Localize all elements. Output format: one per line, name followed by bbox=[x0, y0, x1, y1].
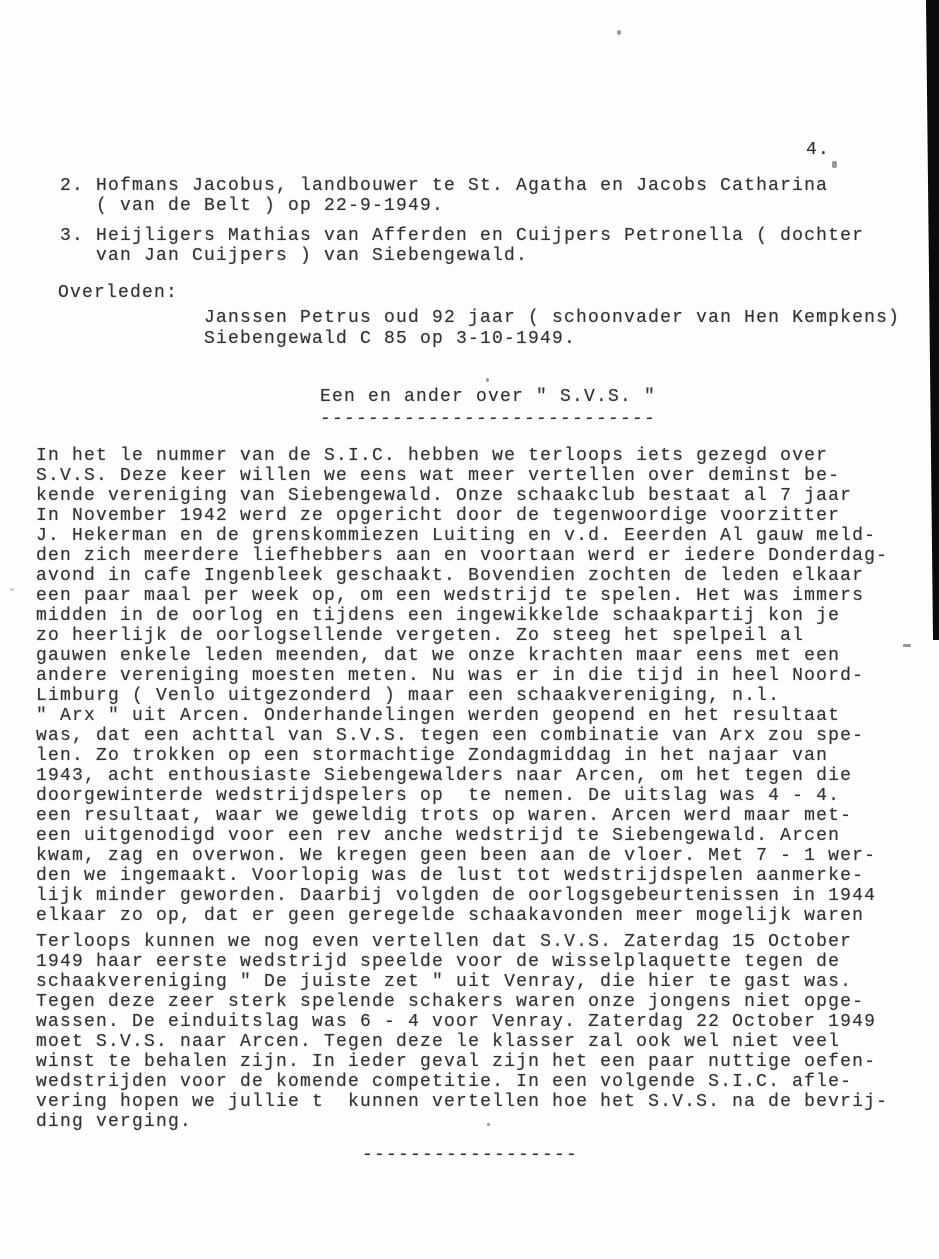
record-item: 3. Heijligers Mathias van Afferden en Cu… bbox=[60, 226, 900, 266]
text-line: Siebengewald C 85 op 3-10-1949. bbox=[204, 329, 900, 350]
text-line: kwam, zag en overwon. We kregen geen bee… bbox=[36, 846, 926, 866]
text-line: zo heerlijk de oorlogsellende vergeten. … bbox=[36, 626, 926, 646]
scanned-document-page: 4. 2. Hofmans Jacobus, landbouwer te St.… bbox=[0, 0, 939, 1259]
scan-speck bbox=[486, 378, 489, 382]
text-line: den zich meerdere liefhebbers aan en voo… bbox=[36, 546, 926, 566]
text-line: gauwen enkele leden meenden, dat we onze… bbox=[36, 646, 926, 666]
text-line: len. Zo trokken op een stormachtige Zond… bbox=[36, 746, 926, 766]
text-line: winst te behalen zijn. In ieder geval zi… bbox=[36, 1052, 926, 1072]
text-line: " Arx " uit Arcen. Onderhandelingen werd… bbox=[36, 706, 926, 726]
text-line: schaakvereniging " De juiste zet " uit V… bbox=[36, 972, 926, 992]
scan-edge-artifact bbox=[926, 0, 939, 640]
text-line: In het le nummer van de S.I.C. hebben we… bbox=[36, 446, 926, 466]
text-line: was, dat een achttal van S.V.S. tegen ee… bbox=[36, 726, 926, 746]
text-line: Heijligers Mathias van Afferden en Cuijp… bbox=[96, 226, 864, 246]
record-item: 2. Hofmans Jacobus, landbouwer te St. Ag… bbox=[60, 176, 900, 216]
text-line: lijk minder geworden. Daarbij volgden de… bbox=[36, 886, 926, 906]
text-line: een paar maal per week op, om een wedstr… bbox=[36, 586, 926, 606]
article-paragraph-2: Terloops kunnen we nog even vertellen da… bbox=[36, 932, 926, 1132]
text-line: 1943, acht enthousiaste Siebengewalders … bbox=[36, 766, 926, 786]
scan-speck bbox=[832, 161, 837, 168]
record-number: 3. bbox=[60, 226, 96, 266]
text-line: elkaar zo op, dat er geen geregelde scha… bbox=[36, 906, 926, 926]
text-line: ( van de Belt ) op 22-9-1949. bbox=[96, 196, 828, 216]
scan-speck bbox=[617, 30, 621, 35]
text-line: Hofmans Jacobus, landbouwer te St. Agath… bbox=[96, 176, 828, 196]
article-title-underline: ---------------------------- bbox=[320, 409, 656, 429]
article-title: Een en ander over " S.V.S. " bbox=[320, 387, 656, 407]
text-line: kende vereniging van Siebengewald. Onze … bbox=[36, 486, 926, 506]
text-line: ding verging. bbox=[36, 1112, 926, 1132]
closing-rule: ------------------ bbox=[362, 1145, 578, 1165]
text-line: een uitgenodigd voor een rev anche wedst… bbox=[36, 826, 926, 846]
text-line: Terloops kunnen we nog even vertellen da… bbox=[36, 932, 926, 952]
record-lines: Hofmans Jacobus, landbouwer te St. Agath… bbox=[96, 176, 828, 216]
text-line: 1949 haar eerste wedstrijd speelde voor … bbox=[36, 952, 926, 972]
text-line: J. Hekerman en de grenskommiezen Luiting… bbox=[36, 526, 926, 546]
text-line: moet S.V.S. naar Arcen. Tegen deze le kl… bbox=[36, 1032, 926, 1052]
text-line: Tegen deze zeer sterk spelende schakers … bbox=[36, 992, 926, 1012]
text-line: doorgewinterde wedstrijdspelers op te ne… bbox=[36, 786, 926, 806]
text-line: den we ingemaakt. Voorlopig was de lust … bbox=[36, 866, 926, 886]
article-body: In het le nummer van de S.I.C. hebben we… bbox=[36, 446, 926, 1132]
text-line: een resultaat, waar we geweldig trots op… bbox=[36, 806, 926, 826]
article-heading: Een en ander over " S.V.S. " -----------… bbox=[320, 387, 656, 429]
text-line: S.V.S. Deze keer willen we eens wat meer… bbox=[36, 466, 926, 486]
text-line: wassen. De einduitslag was 6 - 4 voor Ve… bbox=[36, 1012, 926, 1032]
deceased-lines: Janssen Petrus oud 92 jaar ( schoonvader… bbox=[204, 308, 900, 350]
record-number: 2. bbox=[60, 176, 96, 216]
marriage-records: 2. Hofmans Jacobus, landbouwer te St. Ag… bbox=[60, 176, 900, 276]
text-line: In November 1942 werd ze opgericht door … bbox=[36, 506, 926, 526]
text-line: Limburg ( Venlo uitgezonderd ) maar een … bbox=[36, 686, 926, 706]
text-line: Janssen Petrus oud 92 jaar ( schoonvader… bbox=[204, 308, 900, 329]
deceased-label: Overleden: bbox=[58, 283, 178, 303]
scan-speck bbox=[10, 588, 14, 591]
page-number: 4. bbox=[806, 140, 830, 160]
text-line: midden in de oorlog en tijdens een ingew… bbox=[36, 606, 926, 626]
article-paragraph-1: In het le nummer van de S.I.C. hebben we… bbox=[36, 446, 926, 926]
text-line: andere vereniging moesten meten. Nu was … bbox=[36, 666, 926, 686]
text-line: avond in cafe Ingenbleek geschaakt. Bove… bbox=[36, 566, 926, 586]
text-line: vering hopen we jullie t kunnen vertelle… bbox=[36, 1092, 926, 1112]
text-line: van Jan Cuijpers ) van Siebengewald. bbox=[96, 246, 864, 266]
record-lines: Heijligers Mathias van Afferden en Cuijp… bbox=[96, 226, 864, 266]
text-line: wedstrijden voor de komende competitie. … bbox=[36, 1072, 926, 1092]
